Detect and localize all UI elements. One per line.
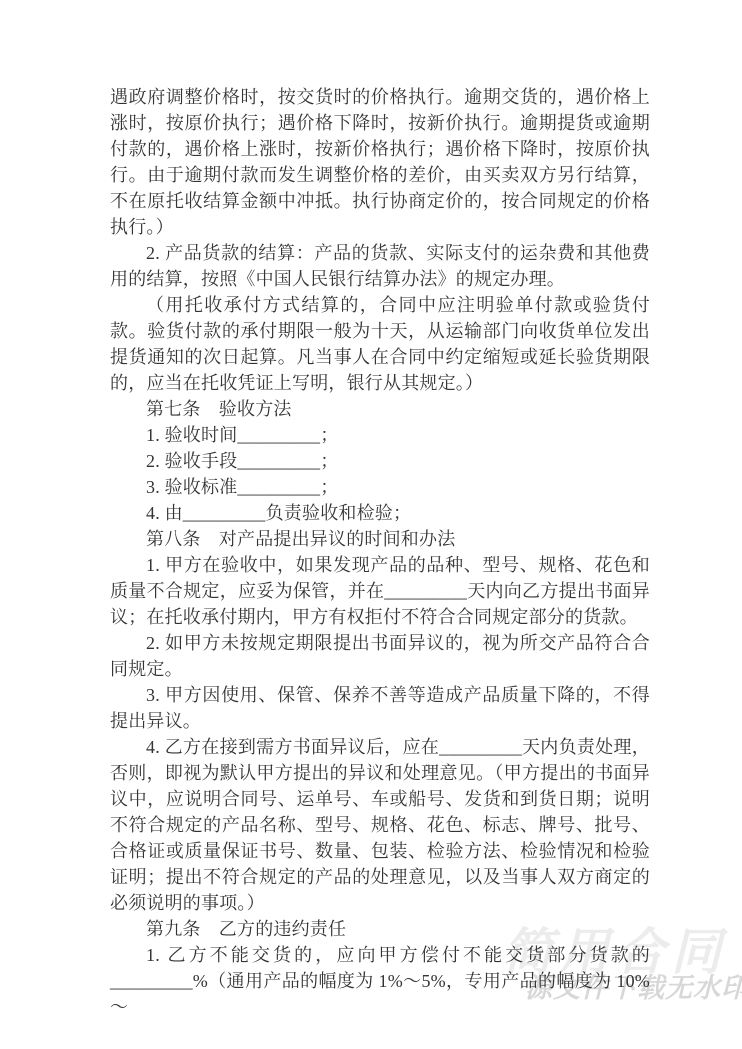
item-inspection-means: 2. 验收手段_________； [110, 448, 650, 474]
item-objection-4: 4. 乙方在接到需方书面异议后，应在_________天内负责处理，否则，即视为… [110, 734, 650, 916]
item-breach-compensation: 1. 乙方不能交货的，应向甲方偿付不能交货部分货款的_________%（通用产… [110, 942, 650, 1020]
item-inspection-responsible-party: 4. 由_________负责验收和检验； [110, 500, 650, 526]
item-objection-2: 2. 如甲方未按规定期限提出书面异议的，视为所交产品符合合同规定。 [110, 630, 650, 682]
heading-article-8-objection-time-method: 第八条 对产品提出异议的时间和办法 [110, 526, 650, 552]
document-body: 遇政府调整价格时，按交货时的价格执行。逾期交货的，遇价格上涨时，按原价执行；遇价… [110, 84, 650, 1020]
heading-article-9-party-b-breach-liability: 第九条 乙方的违约责任 [110, 916, 650, 942]
paragraph-price-adjustment-continuation: 遇政府调整价格时，按交货时的价格执行。逾期交货的，遇价格上涨时，按原价执行；遇价… [110, 84, 650, 240]
heading-article-7-inspection-method: 第七条 验收方法 [110, 396, 650, 422]
paragraph-payment-settlement: 2. 产品货款的结算：产品的货款、实际支付的运杂费和其他费用的结算，按照《中国人… [110, 240, 650, 292]
document-page: 简用合同 源文件下载无水印 遇政府调整价格时，按交货时的价格执行。逾期交货的，遇… [0, 0, 742, 1049]
item-inspection-time: 1. 验收时间_________； [110, 422, 650, 448]
item-objection-1: 1. 甲方在验收中，如果发现产品的品种、型号、规格、花色和质量不合规定，应妥为保… [110, 552, 650, 630]
paragraph-collection-acceptance-note: （用托收承付方式结算的，合同中应注明验单付款或验货付款。验货付款的承付期限一般为… [110, 292, 650, 396]
item-objection-3: 3. 甲方因使用、保管、保养不善等造成产品质量下降的，不得提出异议。 [110, 682, 650, 734]
item-inspection-standard: 3. 验收标准_________； [110, 474, 650, 500]
